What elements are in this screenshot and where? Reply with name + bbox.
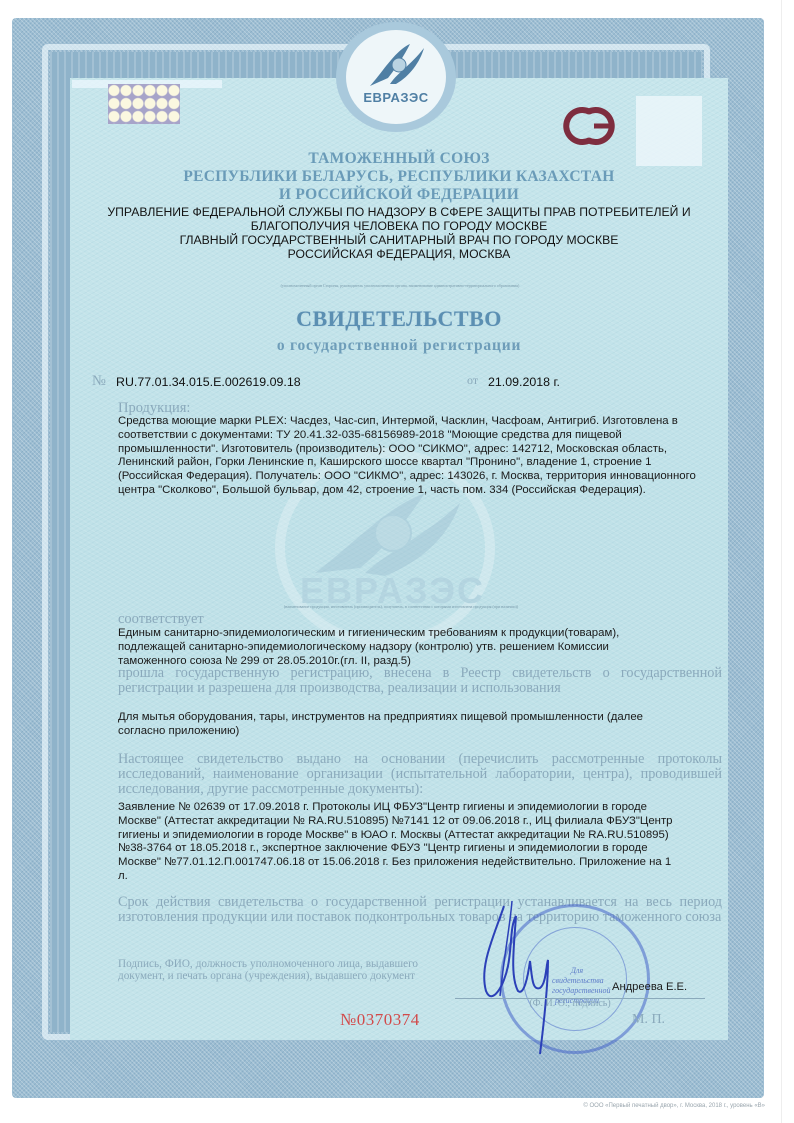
product-caption: (наименование продукции, изготовитель (п… <box>86 604 716 609</box>
watermark-emblem-icon <box>305 488 465 578</box>
union-title-line-3: И РОССИЙСКОЙ ФЕДЕРАЦИИ <box>70 186 728 204</box>
registration-number: RU.77.01.34.015.Е.002619.09.18 <box>116 375 301 389</box>
basis-text: Заявление № 02639 от 17.09.2018 г. Прото… <box>118 801 678 884</box>
basis-label: Настоящее свидетельство выдано на основа… <box>118 752 722 798</box>
usage-text: Для мытья оборудования, тары, инструмент… <box>118 711 678 739</box>
printer-imprint: © ООО «Первый печатный двор», г. Москва,… <box>505 1103 765 1109</box>
authority-line-1: УПРАВЛЕНИЕ ФЕДЕРАЛЬНОЙ СЛУЖБЫ ПО НАДЗОРУ… <box>70 205 728 220</box>
hologram-sticker-icon <box>108 84 180 124</box>
conformity-text: Единым санитарно-эпидемиологическим и ги… <box>118 627 658 668</box>
eurasec-emblem: ЕВРАЗЭС <box>336 22 456 132</box>
registration-number-label: № <box>92 373 106 390</box>
conformity-label: соответствует <box>118 611 204 628</box>
authority-line-2: БЛАГОПОЛУЧИЯ ЧЕЛОВЕКА ПО ГОРОДУ МОСКВЕ <box>70 219 728 234</box>
authority-line-3: ГЛАВНЫЙ ГОСУДАРСТВЕННЫЙ САНИТАРНЫЙ ВРАЧ … <box>70 233 728 248</box>
scan-edge <box>781 0 782 1123</box>
handwritten-signature-icon <box>474 896 564 1056</box>
certificate-subtitle: о государственной регистрации <box>70 337 728 355</box>
signature-block-label: Подпись, ФИО, должность уполномоченного … <box>118 958 418 982</box>
registration-date-label: от <box>467 373 478 388</box>
eac-se-mark-icon <box>560 104 620 148</box>
signer-name: Андреева Е.Е. <box>612 981 687 993</box>
authority-caption: (уполномоченный орган Стороны, руководит… <box>95 283 705 288</box>
emblem-label: ЕВРАЗЭС <box>336 90 456 105</box>
product-description: Средства моющие марки PLEX: Часдез, Час-… <box>118 415 718 498</box>
union-title-line-2: РЕСПУБЛИКИ БЕЛАРУСЬ, РЕСПУБЛИКИ КАЗАХСТА… <box>70 168 728 186</box>
signer-caption: (Ф. И. О., подпись) <box>500 998 640 1009</box>
authority-line-4: РОССИЙСКАЯ ФЕДЕРАЦИЯ, МОСКВА <box>70 247 728 262</box>
registration-statement: прошла государственную регистрацию, внес… <box>118 666 722 696</box>
eurasec-watermark: ЕВРАЗЭС <box>260 478 510 613</box>
union-title-line-1: ТАМОЖЕННЫЙ СОЮЗ <box>70 150 728 168</box>
validity-text: Срок действия свидетельства о государств… <box>118 895 722 925</box>
certificate-title: СВИДЕТЕЛЬСТВО <box>70 306 728 332</box>
eurasec-emblem-icon <box>366 40 426 90</box>
form-number: №0370374 <box>340 1010 420 1030</box>
seal-placeholder-label: М. П. <box>632 1012 665 1028</box>
registration-date: 21.09.2018 г. <box>488 375 560 389</box>
